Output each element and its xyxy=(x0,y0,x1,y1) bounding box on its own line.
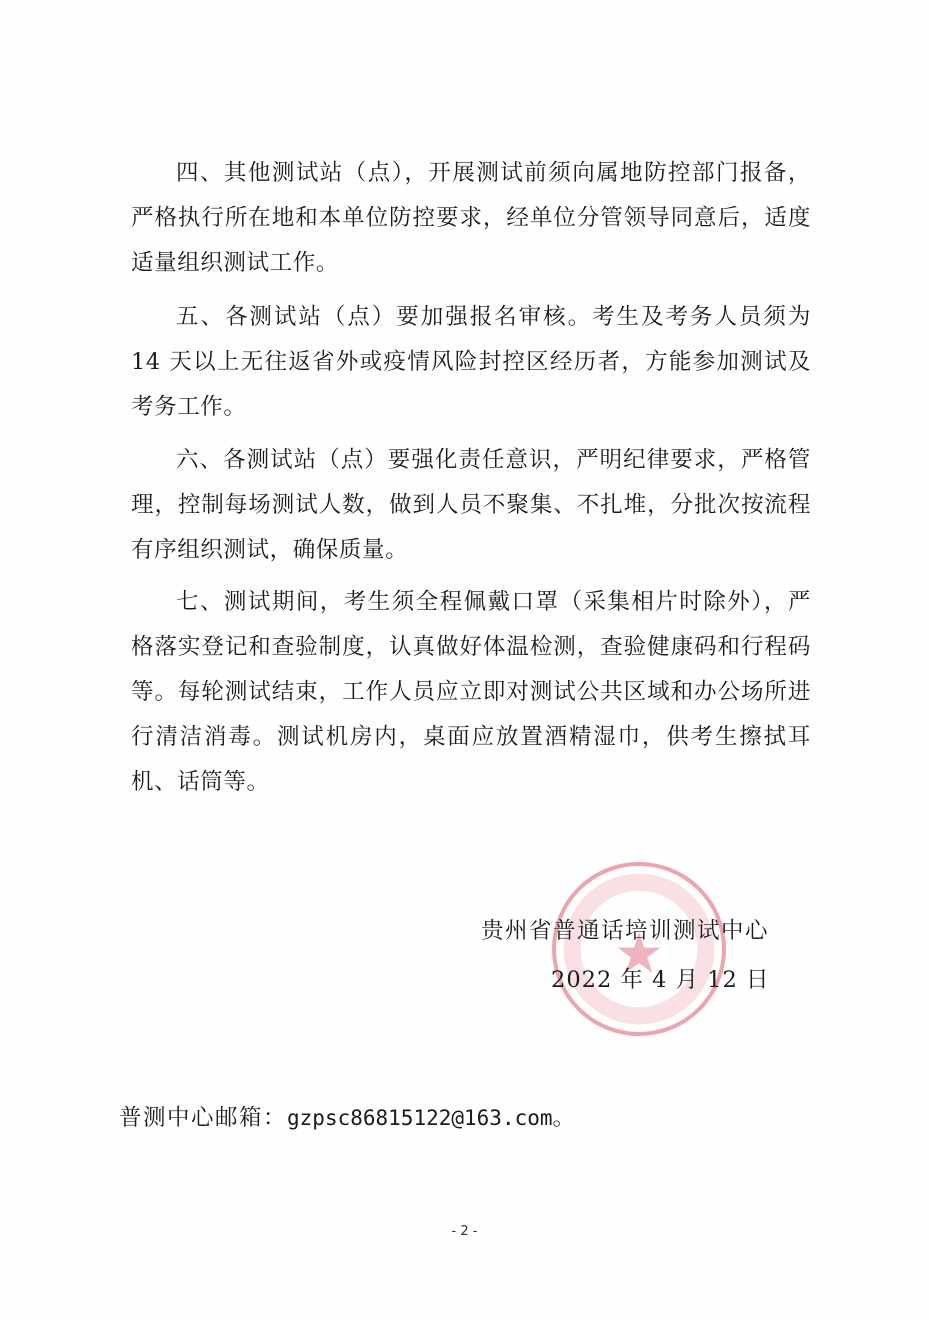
contact-email-line: 普测中心邮箱：gzpsc86815122@163.com。 xyxy=(119,1100,575,1132)
paragraph-item-7: 七、测试期间，考生须全程佩戴口罩（采集相片时除外），严格落实登记和查验制度，认真… xyxy=(131,580,811,805)
issue-date: 2022 年 4 月 12 日 xyxy=(551,962,769,994)
email-address[interactable]: gzpsc86815122@163.com xyxy=(287,1106,553,1130)
email-label: 普测中心邮箱： xyxy=(119,1105,287,1131)
email-suffix: 。 xyxy=(553,1105,576,1131)
official-seal-icon: ★ xyxy=(552,862,726,1036)
page-number: - 2 - xyxy=(0,1224,929,1239)
paragraph-item-5: 五、各测试站（点）要加强报名审核。考生及考务人员须为 14 天以上无往返省外或疫… xyxy=(131,295,811,430)
issuing-organization: 贵州省普通话培训测试中心 xyxy=(481,913,769,945)
paragraph-item-6: 六、各测试站（点）要强化责任意识，严明纪律要求，严格管理，控制每场测试人数，做到… xyxy=(131,438,811,573)
document-page: 四、其他测试站（点），开展测试前须向属地防控部门报备，严格执行所在地和本单位防控… xyxy=(0,0,929,1320)
paragraph-item-4: 四、其他测试站（点），开展测试前须向属地防控部门报备，严格执行所在地和本单位防控… xyxy=(131,151,811,286)
